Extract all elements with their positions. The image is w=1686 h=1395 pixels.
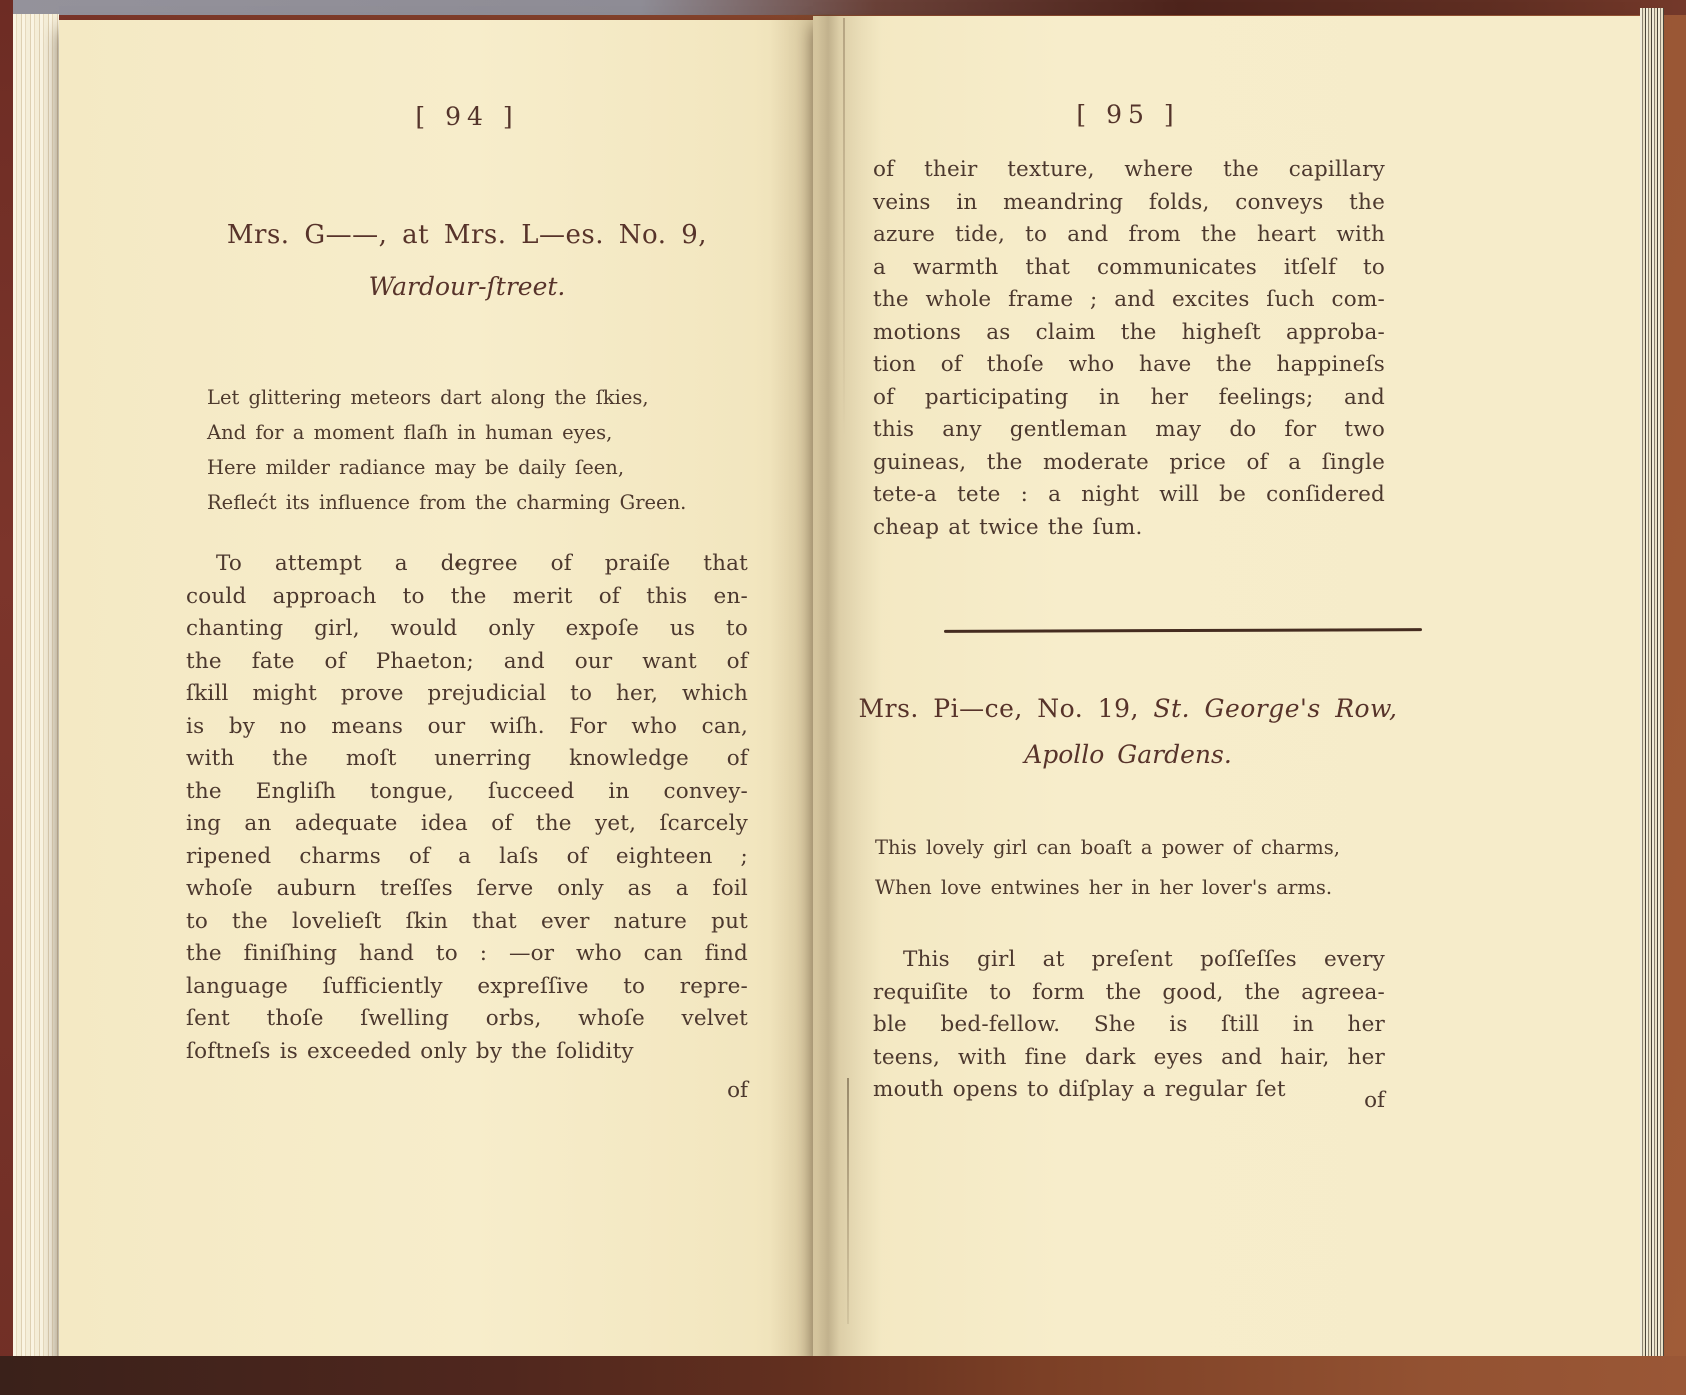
gutter-crease (843, 18, 845, 438)
text-line: And for a moment flaſh in human eyes, (207, 415, 767, 450)
text-line: is by no means our wiſh. For who can, (186, 711, 748, 744)
text-line: ing an adequate idea of the yet, ſcarcel… (186, 808, 748, 841)
text-line: tete-a tete : a night will be conſidered (873, 479, 1385, 512)
binding-stitch-thread (847, 1078, 849, 1324)
text-line: requiſite to form the good, the agreea- (873, 977, 1385, 1010)
text-line: a warmth that communicates itſelf to (873, 252, 1385, 285)
text-line: could approach to the merit of this en- (186, 581, 748, 614)
text-line: language ſufficiently expreſſive to repr… (186, 971, 748, 1004)
entry-heading-mrs-pi-ce: Mrs. Pi—ce, No. 19, St. George's Row, (833, 694, 1423, 723)
epigraph-verse-94: Let glittering meteors dart along the ſk… (207, 380, 767, 520)
entry-subheading-wardour-street: Wardour-ſtreet. (159, 272, 775, 301)
entry-heading-mrs-g: Mrs. G——, at Mrs. L—es. No. 9, (159, 220, 775, 250)
text-line: ſoftneſs is exceeded only by the ſolidit… (186, 1036, 748, 1069)
heading-roman-part: Mrs. Pi—ce, No. 19, (859, 694, 1154, 723)
page-edges-left (13, 14, 59, 1366)
page-edges-right (1640, 8, 1664, 1356)
text-line: whoſe auburn treſſes ſerve only as a foi… (186, 873, 748, 906)
text-line: chanting girl, would only expoſe us to (186, 613, 748, 646)
text-line: the finiſhing hand to : —or who can find (186, 938, 748, 971)
text-line: This lovely girl can boaſt a power of ch… (875, 828, 1415, 868)
text-line: teens, with fine dark eyes and hair, her (873, 1042, 1385, 1075)
scan-top-edge (0, 0, 1686, 15)
text-line: Reflećt its influence from the charming … (207, 485, 767, 520)
book-scan-photo: [ 94 ] Mrs. G——, at Mrs. L—es. No. 9, Wa… (0, 0, 1686, 1395)
book-cover-left-edge (0, 0, 13, 1395)
text-line: the fate of Phaeton; and our want of (186, 646, 748, 679)
text-line: motions as claim the higheſt approba- (873, 317, 1385, 350)
text-line: ripened charms of a laſs of eighteen ; (186, 841, 748, 874)
text-line: with the moſt unerring knowledge of (186, 743, 748, 776)
text-line: the whole frame ; and excites ſuch com- (873, 284, 1385, 317)
body-paragraph-95-continuation: of their texture, where the capillaryvei… (873, 154, 1385, 544)
text-line: the Engliſh tongue, ſucceed in convey- (186, 776, 748, 809)
text-line: ſent thoſe ſwelling orbs, whoſe velvet (186, 1003, 748, 1036)
text-line: ble bed-fellow. She is ſtill in her (873, 1009, 1385, 1042)
body-paragraph-95: This girl at preſent poſſeſſes everyrequ… (873, 944, 1385, 1107)
page-95: [ 95 ] of their texture, where the capil… (813, 16, 1641, 1358)
entry-subheading-apollo-gardens: Apollo Gardens. (833, 740, 1423, 769)
text-line: of participating in her feelings; and (873, 382, 1385, 415)
body-paragraph-94: To attempt a degree of praiſe thatcould … (186, 548, 748, 1068)
page-number-95: [ 95 ] (873, 100, 1383, 129)
text-line: Let glittering meteors dart along the ſk… (207, 380, 767, 415)
page-94: [ 94 ] Mrs. G——, at Mrs. L—es. No. 9, Wa… (59, 20, 813, 1362)
text-line: ſkill might prove prejudicial to her, wh… (186, 678, 748, 711)
page-number-94: [ 94 ] (187, 102, 747, 131)
text-line: tion of thoſe who have the happineſs (873, 349, 1385, 382)
text-line: azure tide, to and from the heart with (873, 219, 1385, 252)
text-line: When love entwines her in her lover's ar… (875, 868, 1415, 908)
text-line: This girl at preſent poſſeſſes every (873, 944, 1385, 977)
text-line: guineas, the moderate price of a ſingle (873, 447, 1385, 480)
catchword-94: of (186, 1078, 748, 1103)
text-line: of their texture, where the capillary (873, 154, 1385, 187)
heading-italic-part: St. George's Row, (1153, 694, 1397, 723)
text-line: cheap at twice the ſum. (873, 512, 1385, 545)
text-line: this any gentleman may do for two (873, 414, 1385, 447)
text-line: veins in meandring folds, conveys the (873, 187, 1385, 220)
catchword-95: of (873, 1088, 1385, 1113)
text-line: to the lovelieſt ſkin that ever nature p… (186, 906, 748, 939)
book-cover-bottom-edge (0, 1356, 1686, 1395)
text-line: Here milder radiance may be daily ſeen, (207, 450, 767, 485)
text-line: To attempt a degree of praiſe that (186, 548, 748, 581)
section-divider-rule (944, 628, 1422, 633)
epigraph-verse-95: This lovely girl can boaſt a power of ch… (875, 828, 1415, 908)
